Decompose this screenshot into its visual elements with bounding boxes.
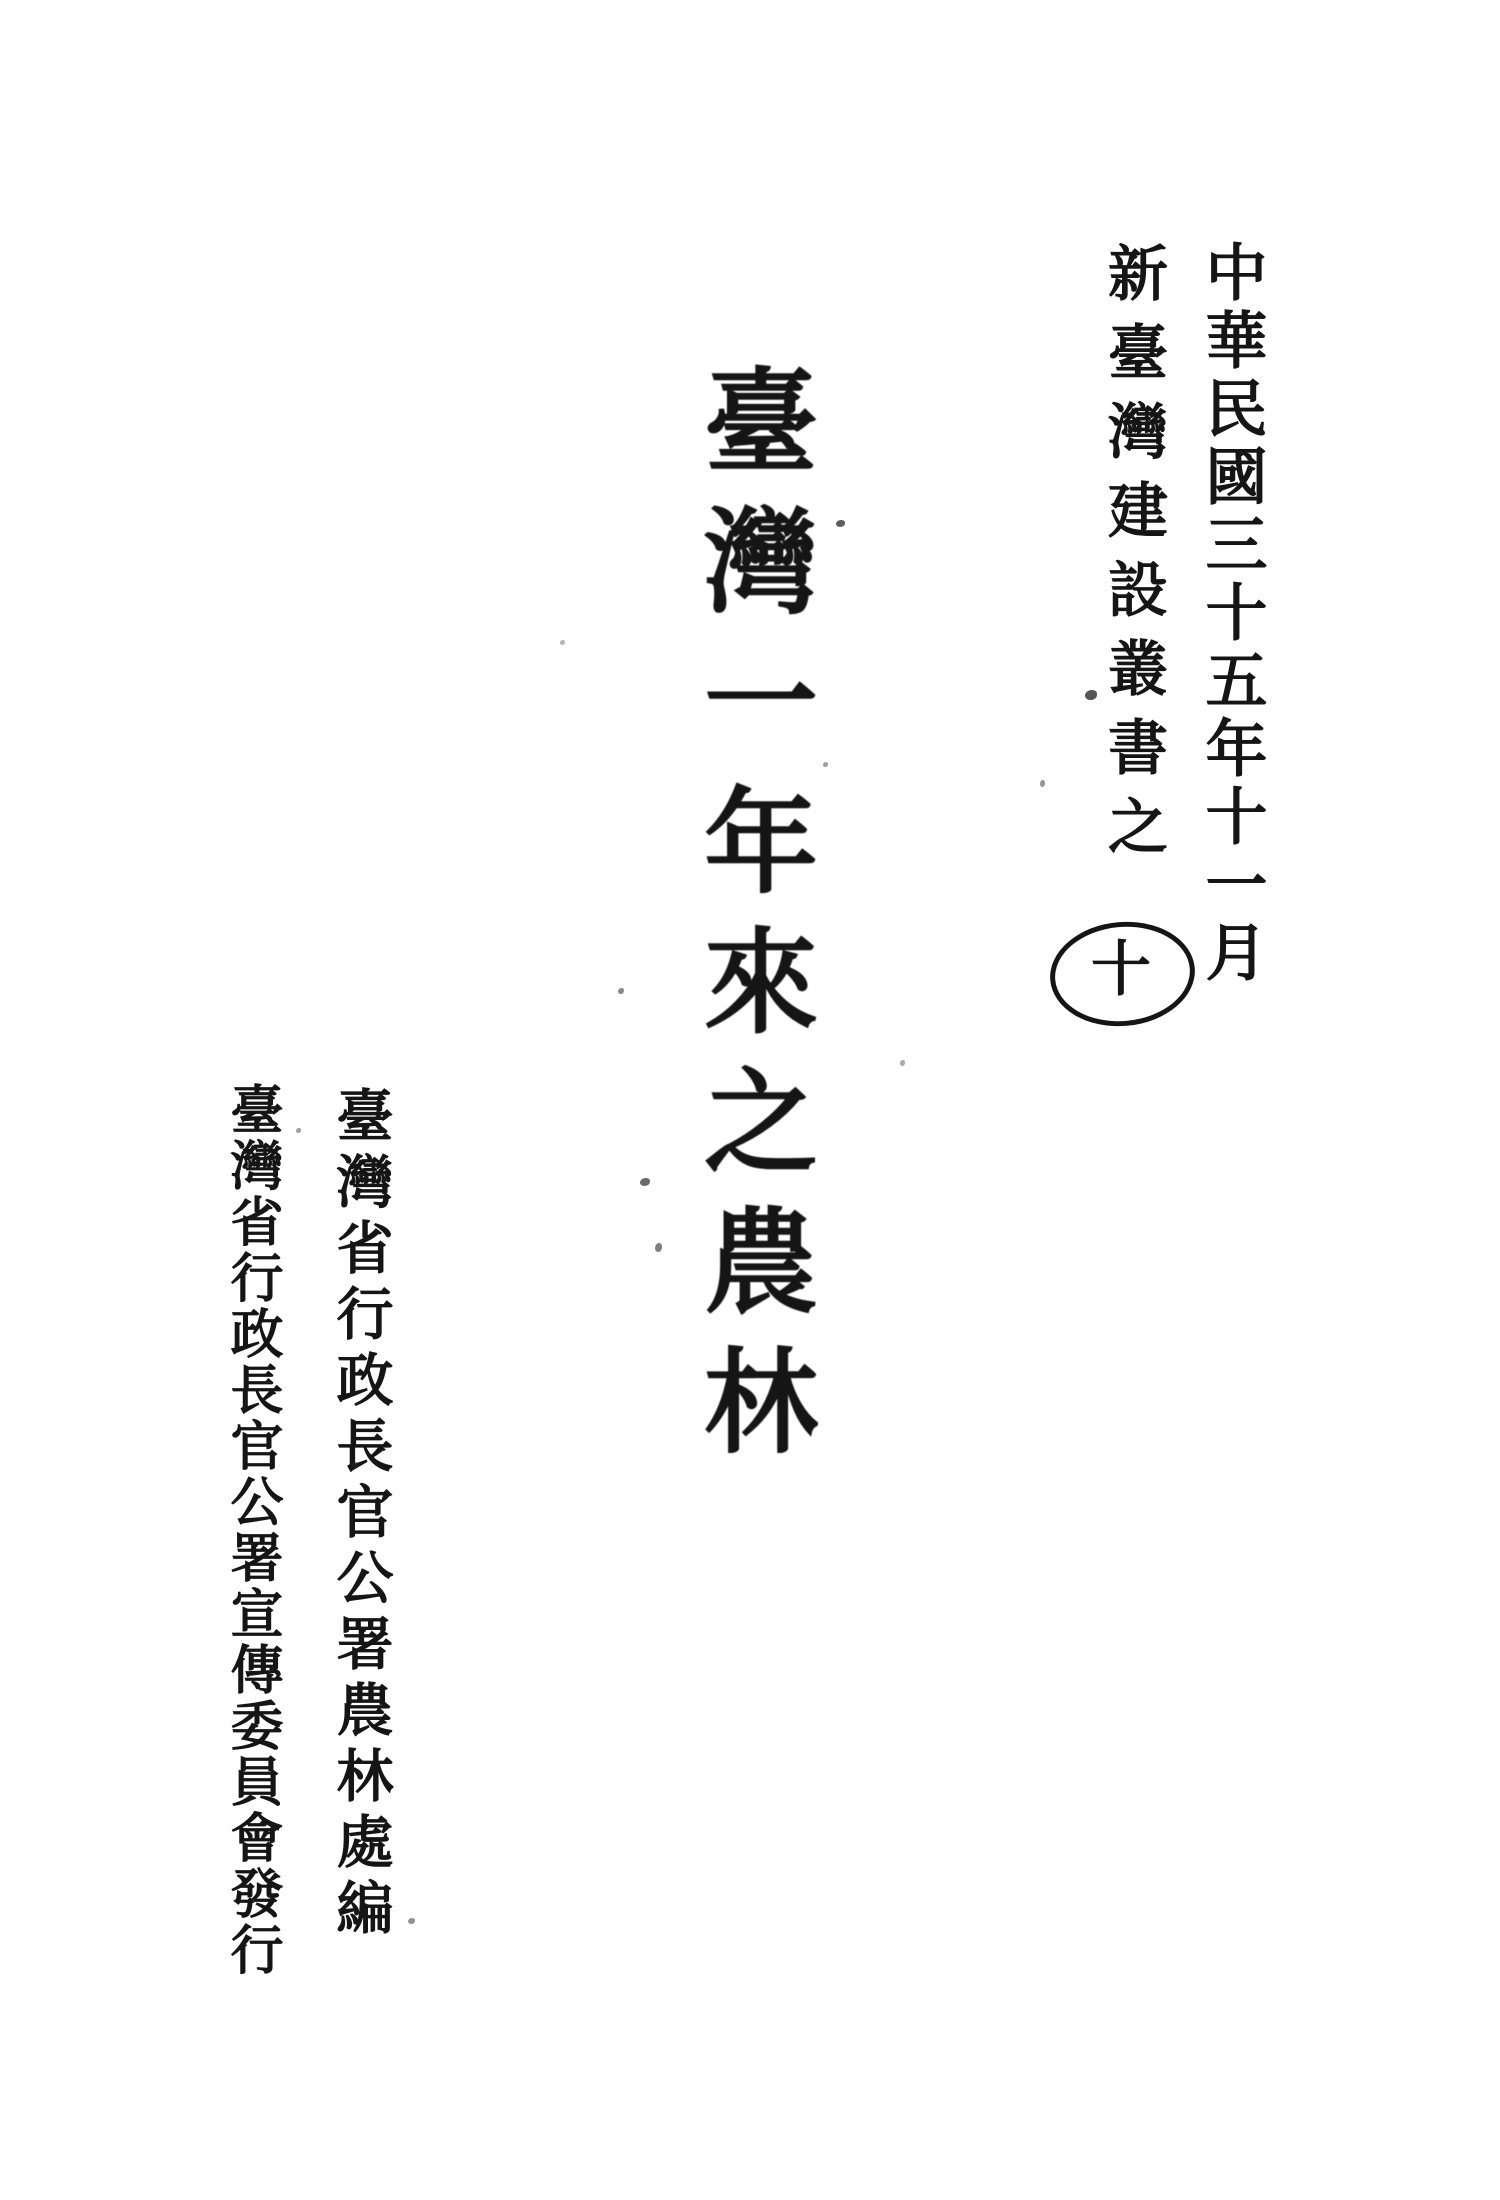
- ink-speck: [408, 1918, 415, 1924]
- ink-speck: [836, 520, 845, 527]
- publication-date-column: 中華民國三十五年十一月: [1186, 240, 1275, 988]
- editor-imprint-column: 臺灣省行政長官公署農林處編: [318, 1086, 400, 1944]
- series-name-column: 新臺灣建設叢書之: [1090, 242, 1176, 874]
- ink-speck: [560, 640, 565, 645]
- ink-speck: [655, 1243, 662, 1252]
- ink-speck: [296, 1128, 301, 1133]
- ink-speck: [640, 1178, 650, 1186]
- series-number-circle: 十: [1046, 916, 1200, 1032]
- publisher-imprint-column: 臺灣省行政長官公署宣傳委員會發行: [214, 1082, 290, 1978]
- ink-speck: [618, 988, 624, 994]
- scanned-page: 中華民國三十五年十一月 新臺灣建設叢書之 十 臺灣一年來之農林 臺灣省行政長官公…: [0, 0, 1500, 2200]
- series-number: 十: [1091, 940, 1151, 1000]
- ink-speck: [900, 1060, 905, 1066]
- ink-speck: [1040, 780, 1045, 787]
- book-title: 臺灣一年來之農林: [668, 362, 832, 1482]
